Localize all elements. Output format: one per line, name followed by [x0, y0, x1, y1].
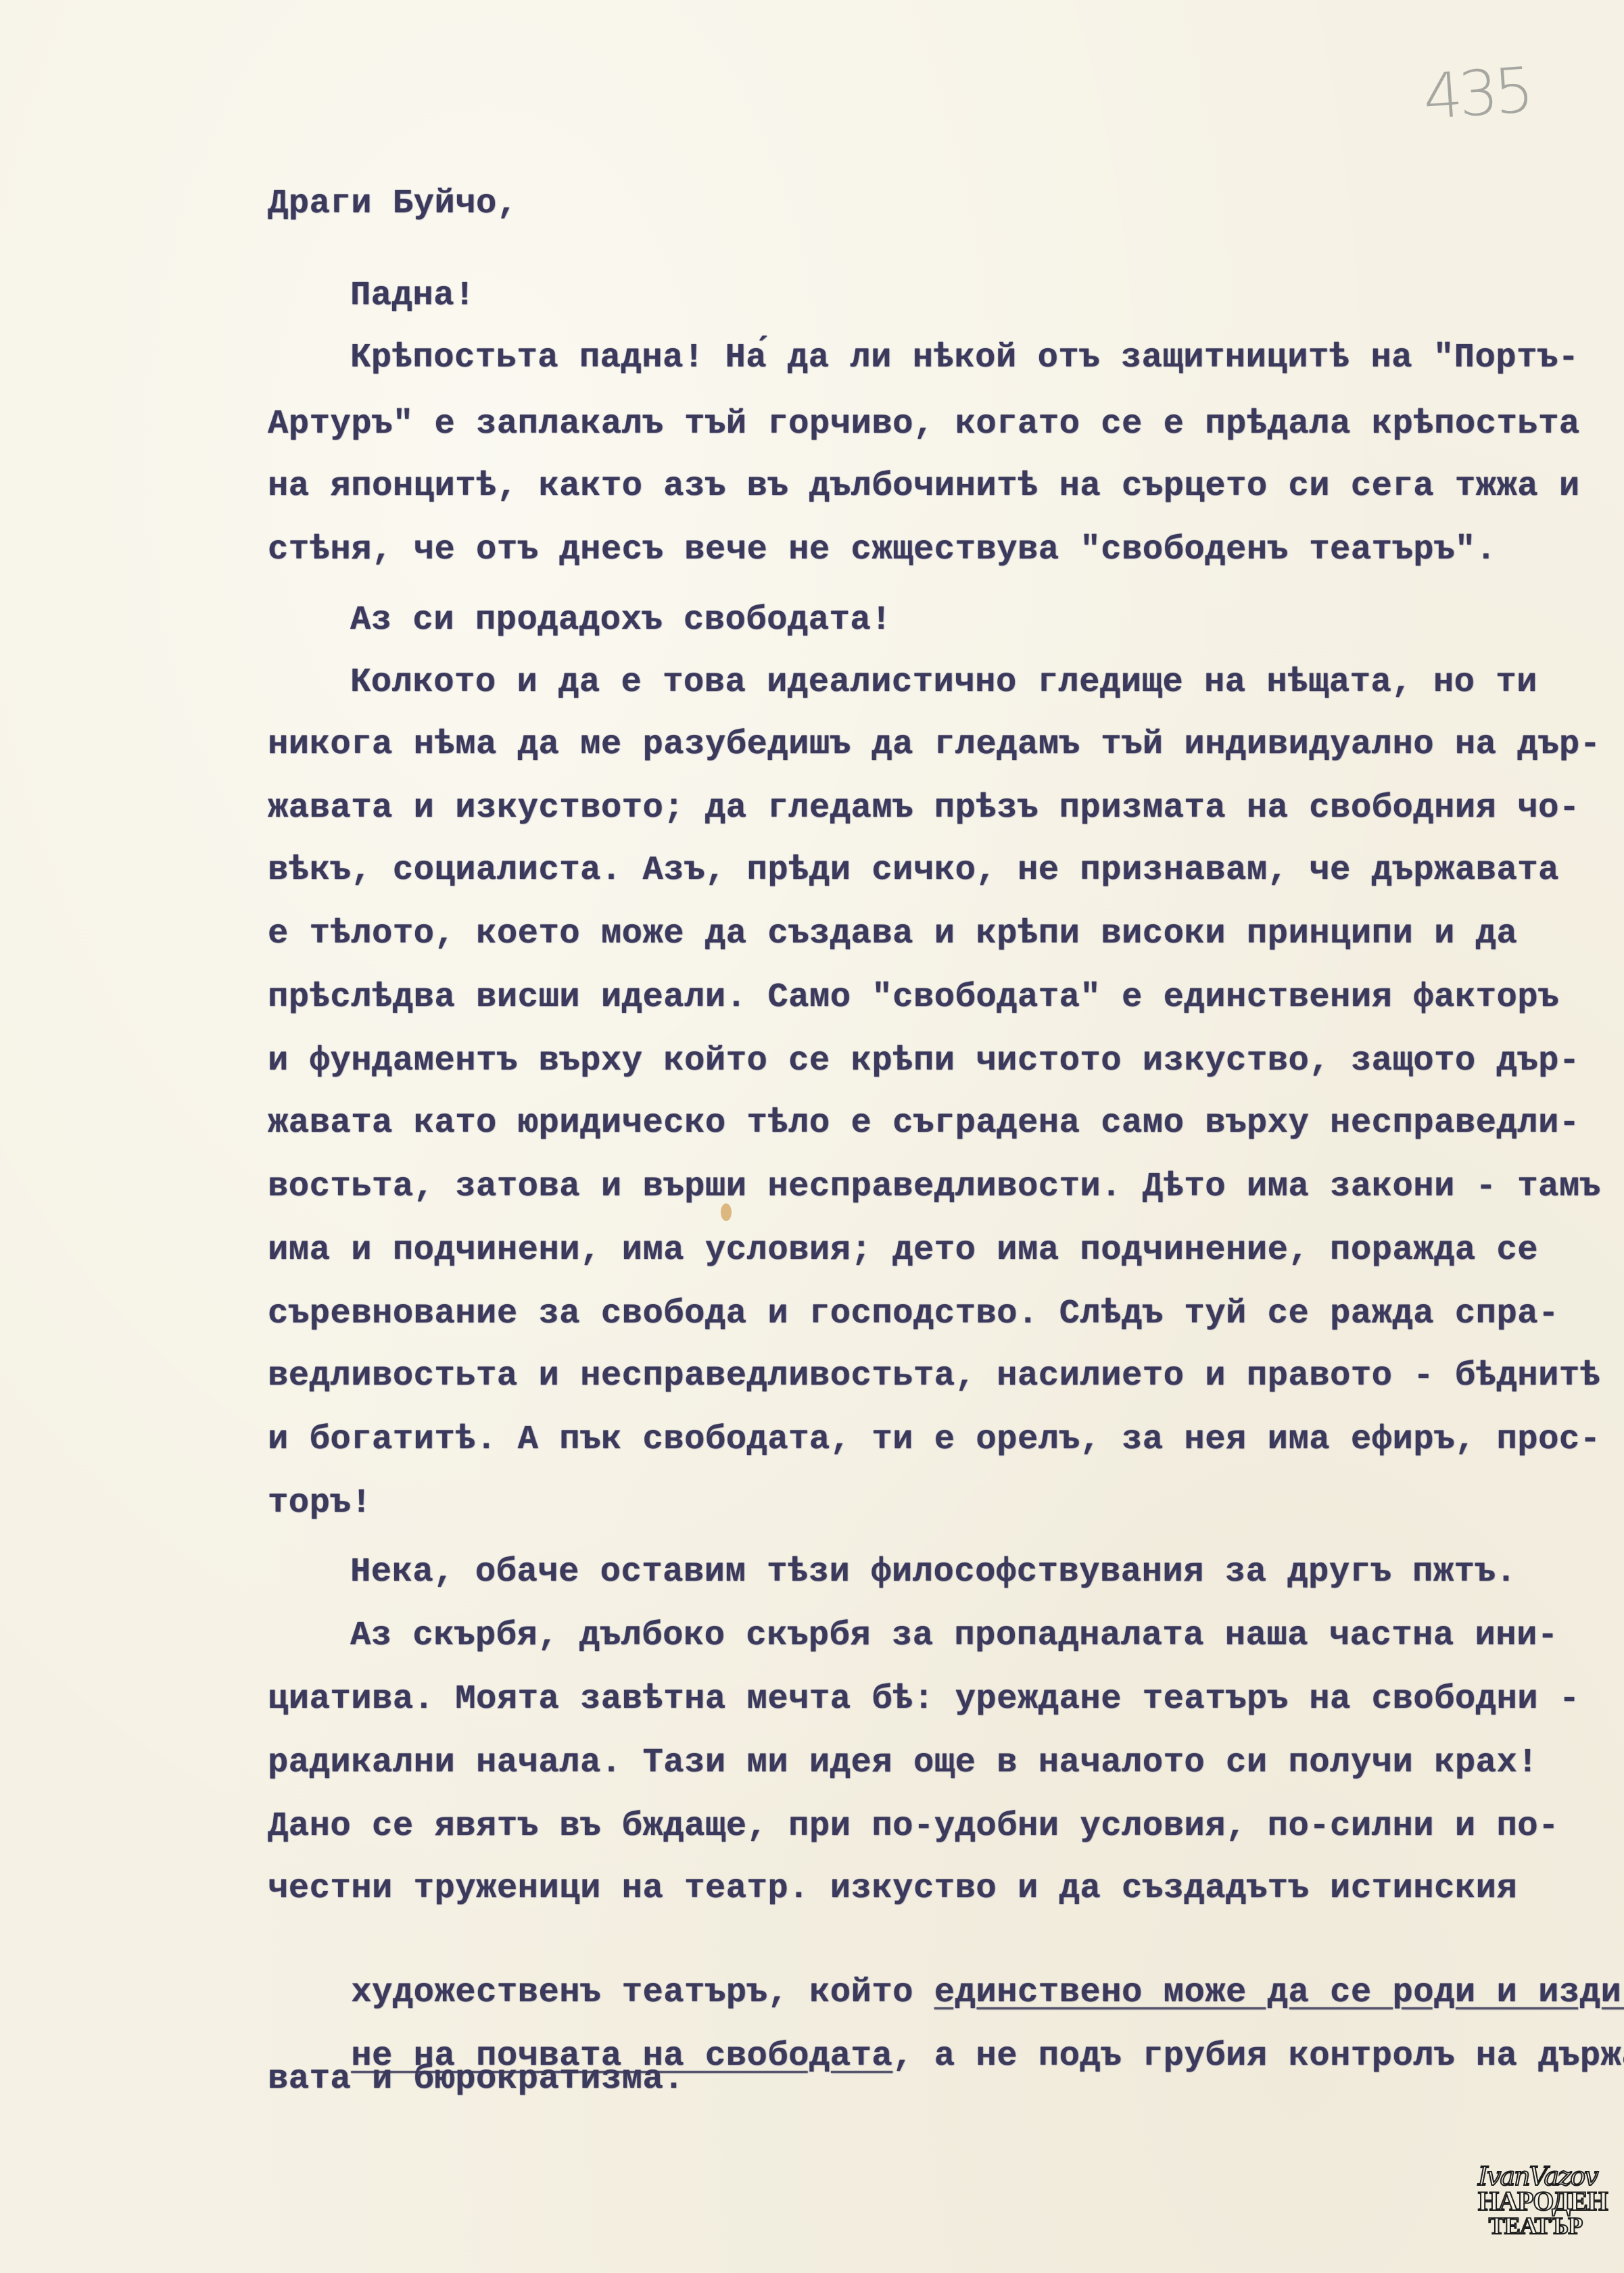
paper-stain [721, 1203, 732, 1221]
closing-line: вата и бюрократизма. [268, 2059, 684, 2100]
body-line: Дано се явятъ въ бждаще, при по-удобни у… [268, 1807, 1559, 1847]
body-line: торъ! [268, 1483, 372, 1524]
body-line: востьта, затова и върши несправедливости… [268, 1167, 1601, 1207]
body-line: честни труженици на театр. изкуство и да… [268, 1869, 1517, 1909]
body-line: Аз си продадохъ свободата! [350, 600, 892, 641]
body-line: Падна! [350, 276, 475, 316]
body-line: и богатитѣ. А пък свободата, ти е орелъ,… [268, 1420, 1601, 1460]
body-line: жавата като юридическо тѣло е съградена … [268, 1103, 1580, 1144]
body-line: Колкото и да е това идеалистично гледище… [350, 663, 1537, 703]
body-line: Нека, обаче оставим тѣзи философствувани… [350, 1552, 1516, 1593]
salutation: Драги Буйчо, [268, 184, 518, 224]
body-line: има и подчинени, има условия; дето има п… [268, 1230, 1538, 1271]
body-line: жавата и изкуството; да гледамъ прѣзъ пр… [268, 788, 1580, 829]
body-line: е тѣлото, което може да създава и крѣпи … [268, 914, 1517, 955]
line-text: , а не подъ грубия контролъ на държа- [892, 2037, 1624, 2076]
body-line: прѣслѣдва висши идеали. Само "свободата"… [268, 978, 1559, 1018]
body-line: Артуръ" е заплакалъ тъй горчиво, когато … [268, 404, 1580, 445]
body-line: циатива. Моята завѣтна мечта бѣ: уреждан… [268, 1679, 1580, 1720]
body-line: радикални начала. Тази ми идея още в нач… [268, 1743, 1538, 1784]
body-line: и фундаментъ върху който се крѣпи чистот… [268, 1041, 1580, 1082]
folio-number: 435 [1420, 54, 1532, 134]
body-line: вѣкъ, социалиста. Азъ, прѣди сичко, не п… [268, 851, 1559, 891]
body-line: никога нѣма да ме разубедишъ да гледамъ … [268, 725, 1601, 765]
national-theatre-logo: IvanVazov НАРОДЕН ТЕАТЪР [1478, 2163, 1593, 2238]
body-line: съревнование за свобода и господство. Сл… [268, 1294, 1559, 1335]
body-line: стѣня, че отъ днесъ вече не сжществува "… [268, 530, 1497, 571]
logo-word-naroden: НАРОДЕН [1478, 2189, 1593, 2214]
document-page: 435 Драги Буйчо, Падна!Крѣпостьта падна!… [0, 0, 1624, 2273]
body-line: Аз скърбя, дълбоко скърбя за пропадналат… [350, 1616, 1558, 1656]
body-line: на японцитѣ, както азъ въ дълбочинитѣ на… [268, 466, 1580, 507]
body-line: ведливостьта и несправедливостьта, насил… [268, 1356, 1601, 1397]
body-line: Крѣпостьта падна! На́ да ли нѣкой отъ за… [350, 338, 1579, 379]
logo-word-teatar: ТЕАТЪР [1478, 2214, 1593, 2238]
